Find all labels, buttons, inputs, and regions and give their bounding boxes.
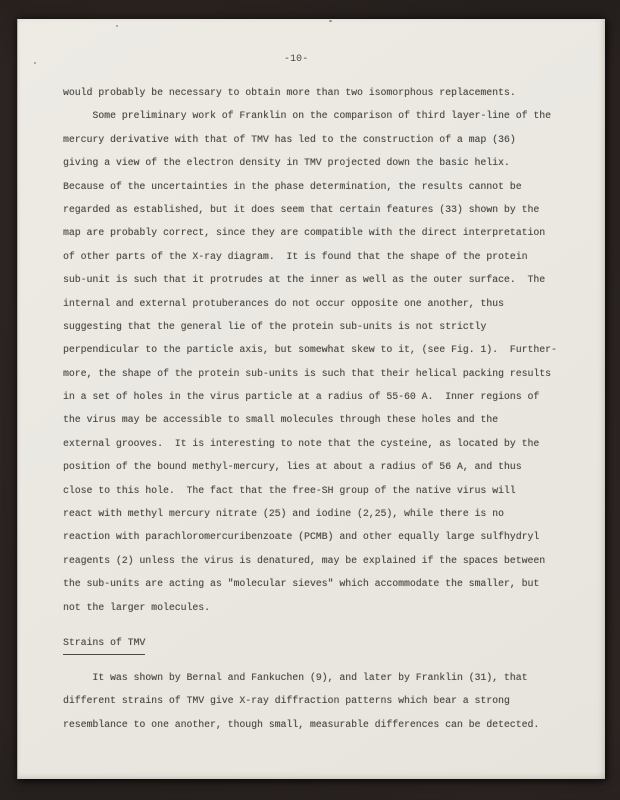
text-line: internal and external protuberances do n… xyxy=(63,292,587,315)
section-heading-row: Strains of TMV xyxy=(63,631,587,655)
paper-speck xyxy=(34,62,36,64)
text-line: the sub-units are acting as "molecular s… xyxy=(63,572,587,595)
text-line: map are probably correct, since they are… xyxy=(63,221,587,244)
text-line: It was shown by Bernal and Fankuchen (9)… xyxy=(63,666,587,689)
section-heading: Strains of TMV xyxy=(63,631,145,655)
paragraph-strains: It was shown by Bernal and Fankuchen (9)… xyxy=(63,666,587,736)
text-line: the virus may be accessible to small mol… xyxy=(63,408,587,431)
document-page: -10- would probably be necessary to obta… xyxy=(17,19,605,779)
text-line: would probably be necessary to obtain mo… xyxy=(63,81,587,104)
page-number: -10- xyxy=(284,53,308,65)
text-line: reaction with parachloromercuribenzoate … xyxy=(63,525,587,548)
text-line: react with methyl mercury nitrate (25) a… xyxy=(63,502,587,525)
text-line: resemblance to one another, though small… xyxy=(63,713,587,736)
text-line: not the larger molecules. xyxy=(63,596,587,619)
scanned-document-background: { "colors": { "background": "#292221", "… xyxy=(0,0,620,800)
text-line: Some preliminary work of Franklin on the… xyxy=(63,104,587,127)
paragraph-main: would probably be necessary to obtain mo… xyxy=(63,81,587,619)
text-line: close to this hole. The fact that the fr… xyxy=(63,479,587,502)
text-line: perpendicular to the particle axis, but … xyxy=(63,338,587,361)
text-line: suggesting that the general lie of the p… xyxy=(63,315,587,338)
text-line: sub-unit is such that it protrudes at th… xyxy=(63,268,587,291)
text-line: Because of the uncertainties in the phas… xyxy=(63,175,587,198)
text-line: reagents (2) unless the virus is denatur… xyxy=(63,549,587,572)
text-line: external grooves. It is interesting to n… xyxy=(63,432,587,455)
text-line: mercury derivative with that of TMV has … xyxy=(63,128,587,151)
text-line: position of the bound methyl-mercury, li… xyxy=(63,455,587,478)
text-line: in a set of holes in the virus particle … xyxy=(63,385,587,408)
paper-speck xyxy=(116,25,118,27)
text-line: regarded as established, but it does see… xyxy=(63,198,587,221)
text-line: giving a view of the electron density in… xyxy=(63,151,587,174)
text-line: of other parts of the X-ray diagram. It … xyxy=(63,245,587,268)
paper-speck xyxy=(329,20,332,22)
text-line: different strains of TMV give X-ray diff… xyxy=(63,689,587,712)
text-line: more, the shape of the protein sub-units… xyxy=(63,362,587,385)
